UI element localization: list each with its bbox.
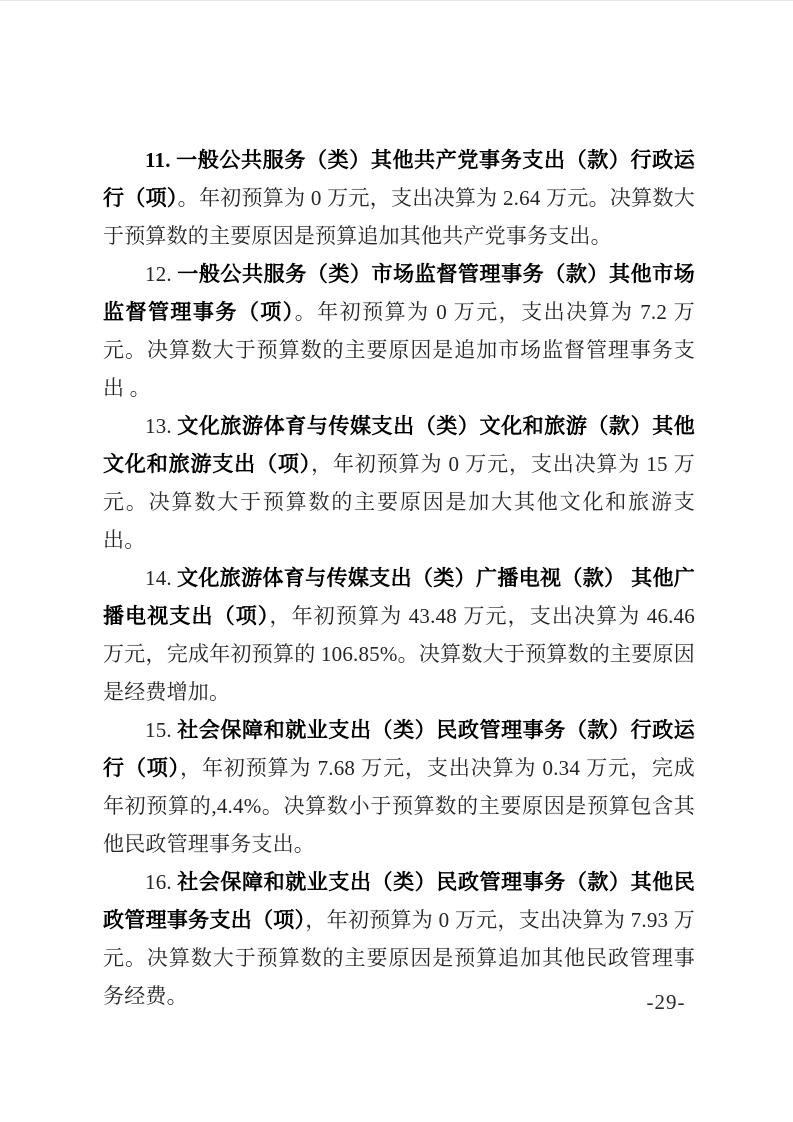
paragraph-number: 15. <box>145 718 172 742</box>
paragraph-item-11: 11.一般公共服务（类）其他共产党事务支出（款）行政运行（项）。年初预算为 0 … <box>103 141 695 255</box>
paragraph-number: 11. <box>145 148 171 172</box>
document-page: 11.一般公共服务（类）其他共产党事务支出（款）行政运行（项）。年初预算为 0 … <box>0 0 793 1122</box>
paragraph-number: 13. <box>145 414 172 438</box>
budget-explanation-text: ，年初预算为 7.68 万元，支出决算为 0.34 万元，完成年初预算的,4.4… <box>103 756 695 856</box>
scan-top-edge <box>0 0 793 1</box>
paragraph-item-14: 14.文化旅游体育与传媒支出（类）广播电视（款） 其他广播电视支出（项），年初预… <box>103 559 695 711</box>
paragraph-number: 12. <box>145 262 172 286</box>
paragraph-item-16: 16.社会保障和就业支出（类）民政管理事务（款）其他民政管理事务支出（项），年初… <box>103 863 695 1015</box>
paragraph-item-13: 13.文化旅游体育与传媒支出（类）文化和旅游（款）其他文化和旅游支出（项），年初… <box>103 407 695 559</box>
page-number: -29- <box>638 990 694 1015</box>
paragraph-number: 14. <box>145 566 172 590</box>
paragraph-item-15: 15.社会保障和就业支出（类）民政管理事务（款）行政运行（项），年初预算为 7.… <box>103 711 695 863</box>
document-body: 11.一般公共服务（类）其他共产党事务支出（款）行政运行（项）。年初预算为 0 … <box>103 141 695 1015</box>
budget-explanation-text: 。年初预算为 0 万元，支出决算为 2.64 万元。决算数大于预算数的主要原因是… <box>103 186 695 248</box>
paragraph-item-12: 12.一般公共服务（类）市场监督管理事务（款）其他市场监督管理事务（项）。年初预… <box>103 255 695 407</box>
paragraph-number: 16. <box>145 870 172 894</box>
